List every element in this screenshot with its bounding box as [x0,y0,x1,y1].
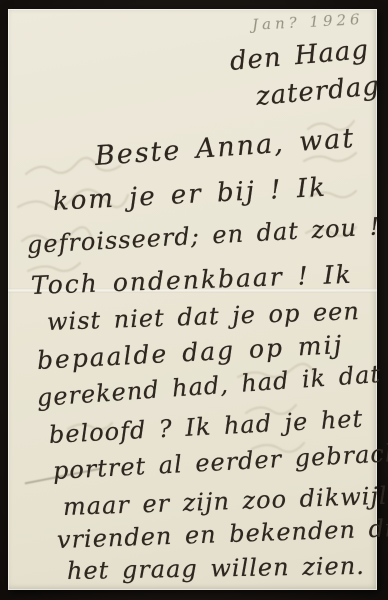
letter-line: het graag willen zien. [67,554,365,583]
letter-scan-photo: Jan? 1926 den Haag zaterdag Beste Anna, … [0,0,388,600]
